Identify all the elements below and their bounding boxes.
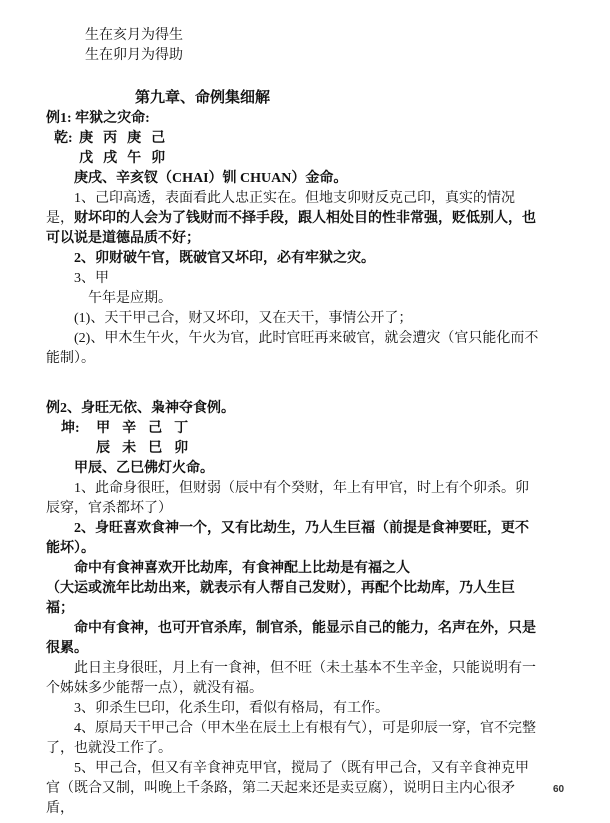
pillar-stem: 辛 (122, 419, 136, 439)
pillar-branch: 辰 (96, 439, 110, 459)
document-page: 生在亥月为得生 生在卯月为得助 第九章、命例集细解 例1: 牢狱之灾命: 乾: … (0, 0, 610, 823)
intro-line-2: 生在卯月为得助 (85, 46, 540, 66)
pillar-column: 庚 午 (127, 129, 142, 169)
paragraph: 2、身旺喜欢食神一个，又有比劫生，乃人生巨福（前提是食神要旺，更不能坏）。 (46, 519, 540, 559)
example1-pillars: 乾: 庚 戊 丙 戌 庚 午 己 卯 (54, 129, 540, 169)
pillar-branch: 戌 (103, 149, 117, 169)
pillar-column: 丙 戌 (103, 129, 118, 169)
paragraph: 5、甲己合，但又有辛食神克甲官，搅局了（既有甲己合，又有辛食神克甲官（既合又制，… (46, 759, 540, 819)
paragraph: 命中有食神，也可开官杀库，制官杀，能显示自己的能力，名声在外，只是很累。 (46, 619, 540, 659)
paragraph: 3、甲 (46, 269, 540, 289)
pillar-stem: 庚 (127, 129, 141, 149)
pillar-branch: 卯 (151, 149, 165, 169)
pillar-stem: 甲 (96, 419, 110, 439)
pillar-column: 辛 未 (122, 419, 137, 459)
intro-line-1: 生在亥月为得生 (85, 26, 540, 46)
paragraph: 此日主身很旺，月上有一食神，但不旺（未土基本不生辛金，只能说明有一个姊妹多少能帮… (46, 659, 540, 699)
pillar-branch: 卯 (174, 439, 188, 459)
paragraph: (2)、甲木生午火，午火为官，此时官旺再来破官，就会遭灾（官只能化而不能制）。 (46, 329, 540, 369)
paragraph: （大运或流年比劫出来，就表示有人帮自己发财），再配个比劫库，乃人生巨福； (46, 579, 540, 619)
pillar-branch: 午 (127, 149, 141, 169)
page-number: 60 (553, 784, 564, 795)
example1-title: 例1: 牢狱之灾命: (46, 109, 540, 129)
example1-nayin: 庚戌、辛亥钗（CHAI）钏 CHUAN）金命。 (46, 169, 540, 189)
paragraph: 午年是应期。 (46, 289, 540, 309)
pillar-stem: 丁 (174, 419, 188, 439)
example2-title: 例2、身旺无依、枭神夺食例。 (46, 399, 540, 419)
pillar-stem: 丙 (103, 129, 117, 149)
document-body: 生在亥月为得生 生在卯月为得助 第九章、命例集细解 例1: 牢狱之灾命: 乾: … (46, 26, 540, 819)
paragraph: 1、此命身很旺，但财弱（辰中有个癸财，年上有甲官，时上有个卯杀。卯辰穿，官杀都坏… (46, 479, 540, 519)
chapter-title: 第九章、命例集细解 (135, 88, 540, 109)
pillar-stem: 己 (148, 419, 162, 439)
pillar-column: 庚 戊 (79, 129, 94, 169)
paragraph: 命中有食神喜欢开比劫库，有食神配上比劫是有福之人 (46, 559, 540, 579)
paragraph: (1)、天干甲己合，财又坏印，又在天干，事情公开了； (46, 309, 540, 329)
pillar-stem: 庚 (79, 129, 93, 149)
pillar-stem: 己 (151, 129, 165, 149)
paragraph-segment-bold: 财坏印的人会为了钱财而不择手段，跟人相处目的性非常强，贬低别人，也可以说是道德品… (46, 211, 536, 246)
paragraph: 2、卯财破午官，既破官又坏印，必有牢狱之灾。 (46, 249, 540, 269)
paragraph: 4、原局天干甲己合（甲木坐在辰土上有根有气），可是卯辰一穿，官不完整了，也就没工… (46, 719, 540, 759)
pillar-column: 己 卯 (151, 129, 166, 169)
pillar-branch: 巳 (148, 439, 162, 459)
paragraph: 3、卯杀生巳印，化杀生印，看似有格局，有工作。 (46, 699, 540, 719)
pillar-column: 丁 卯 (174, 419, 189, 459)
pillar-branch: 戊 (79, 149, 93, 169)
paragraph: 1、己印高透，表面看此人忠正实在。但地支卯财反克己印，真实的情况是，财坏印的人会… (46, 189, 540, 249)
pillar-column: 甲 辰 (96, 419, 111, 459)
example2-nayin: 甲辰、乙巳佛灯火命。 (46, 459, 540, 479)
example2-pillars: 坤: 甲 辰 辛 未 己 巳 丁 卯 (61, 419, 540, 459)
example1-gender-label: 乾: (54, 129, 73, 149)
pillar-column: 己 巳 (148, 419, 163, 459)
example2-gender-label: 坤: (61, 419, 80, 439)
pillar-branch: 未 (122, 439, 136, 459)
